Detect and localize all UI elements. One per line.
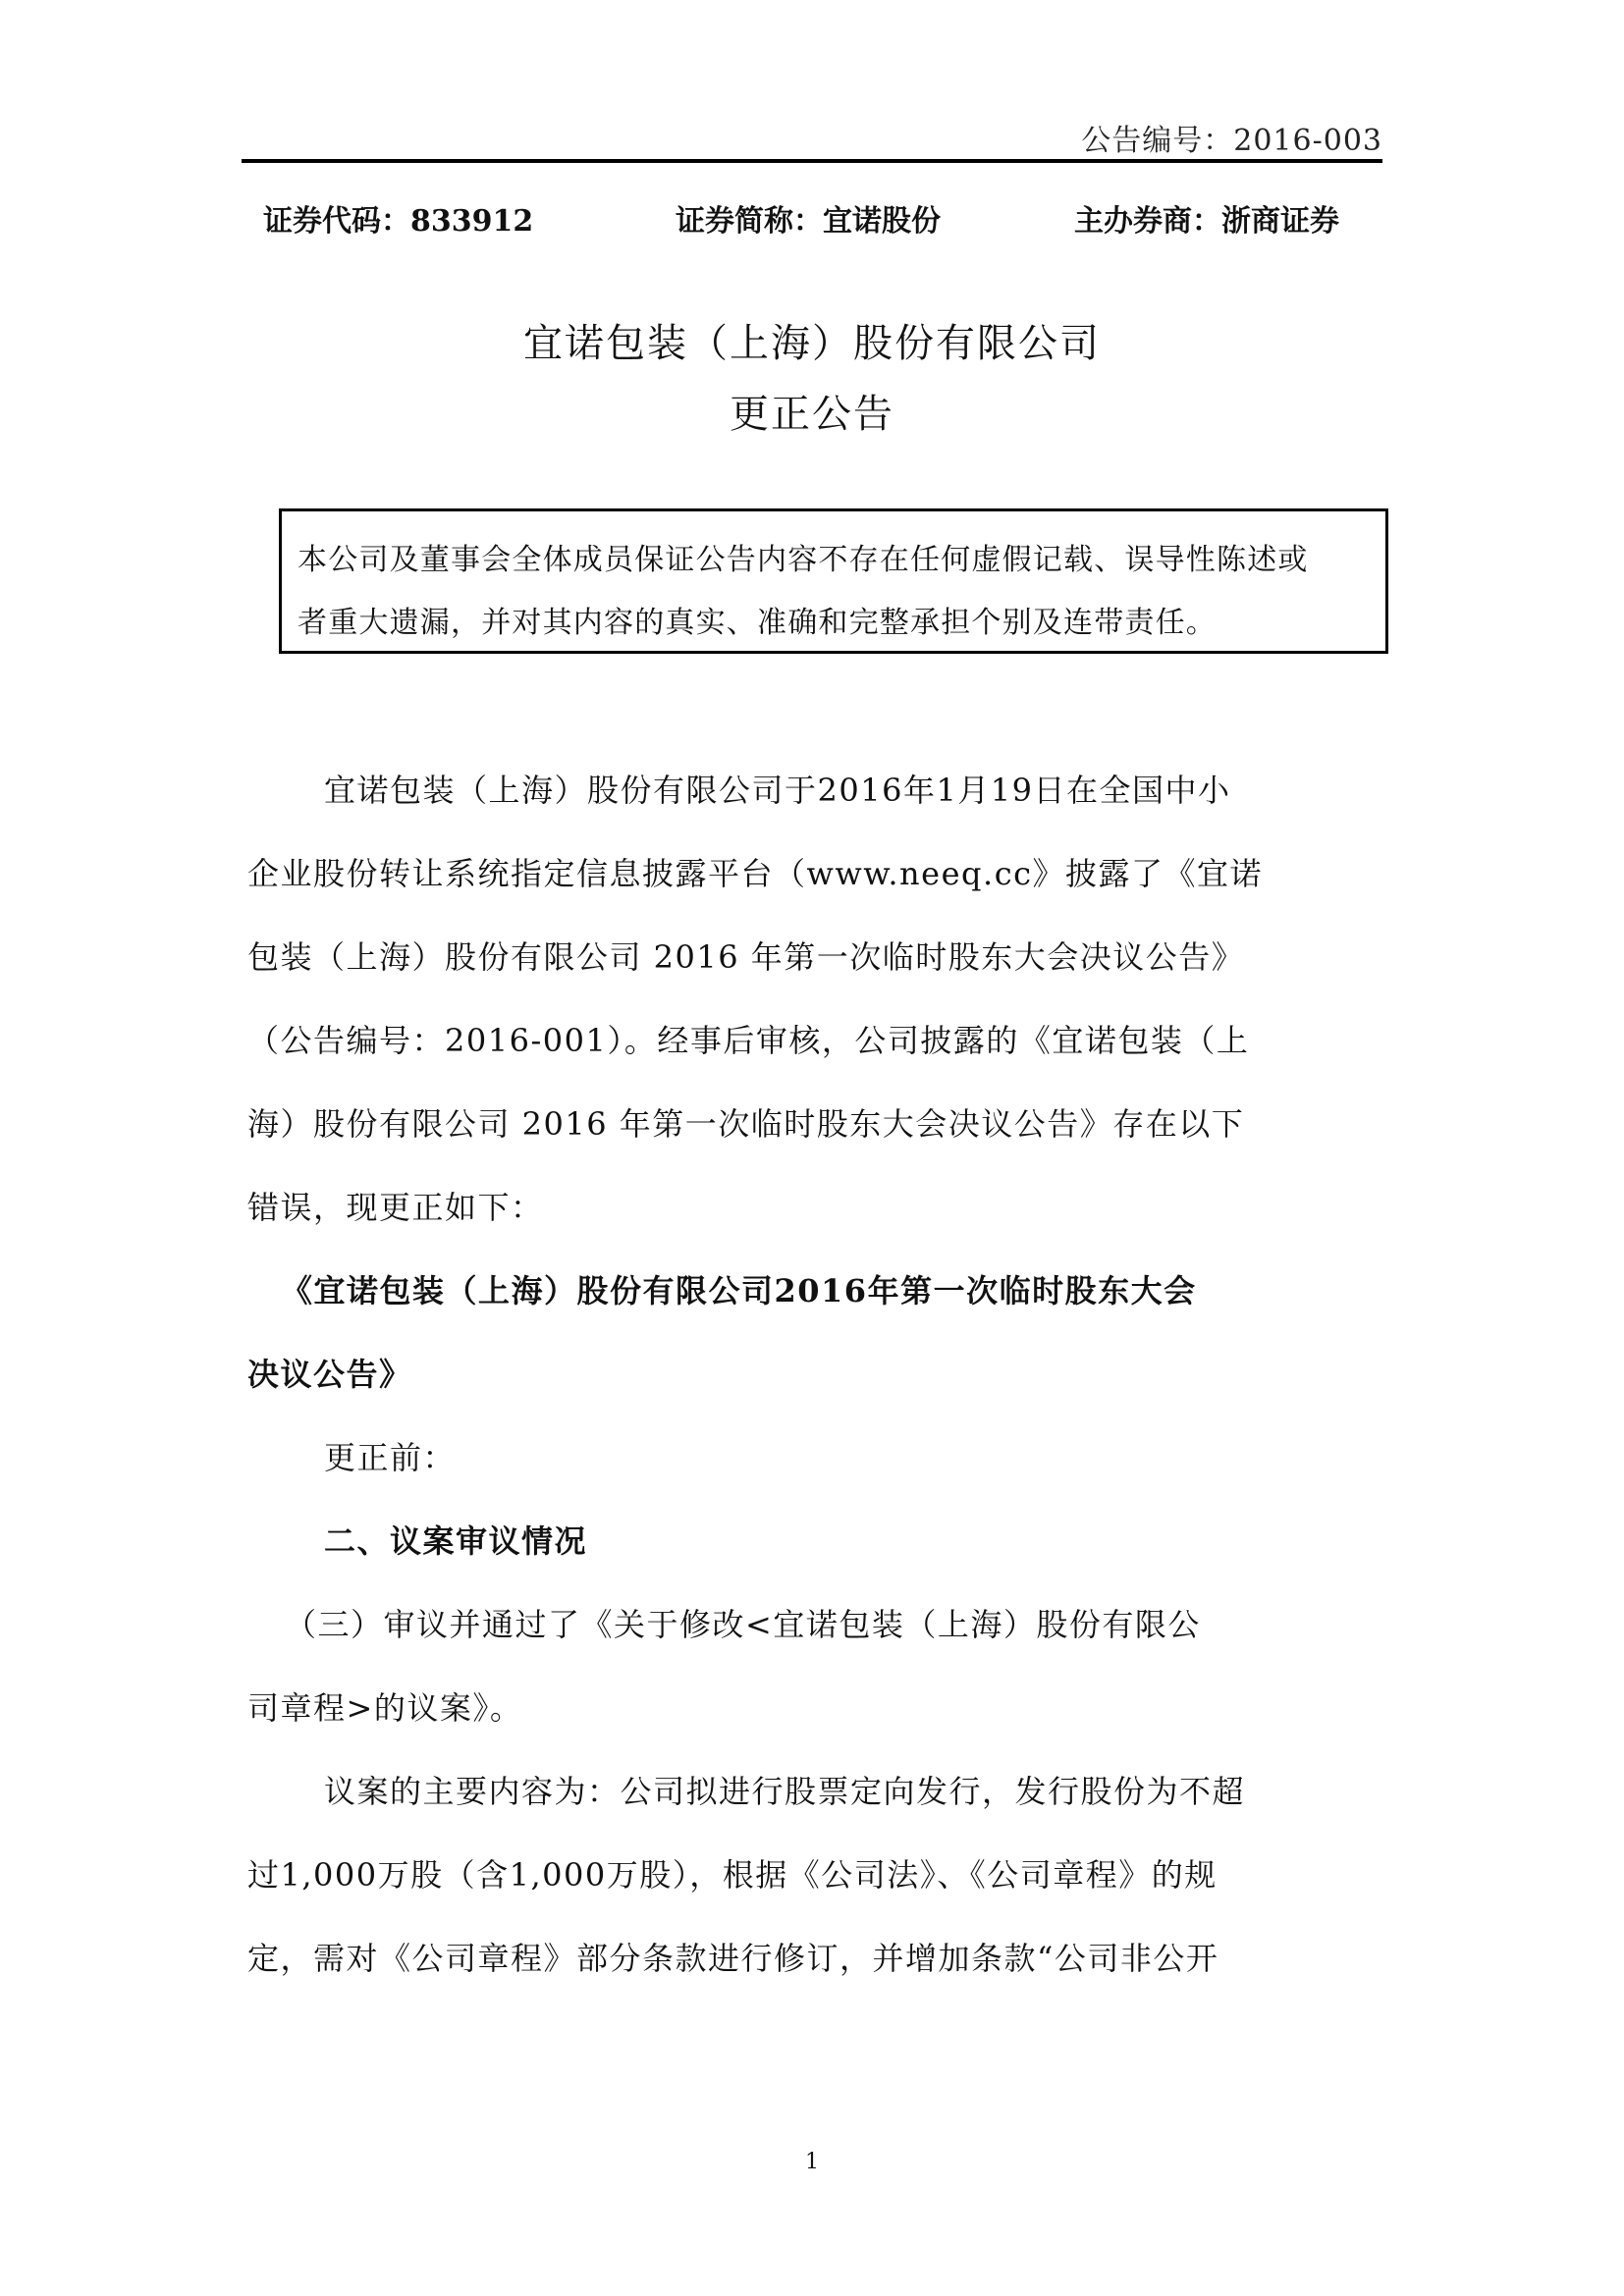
before-correction-label: 更正前：	[324, 1433, 456, 1478]
header-divider	[242, 159, 1382, 163]
corrected-document-title: 《宜诺包装（上海）股份有限公司2016年第一次临时股东大会	[281, 1266, 1197, 1311]
content-line: 定，需对《公司章程》部分条款进行修订，并增加条款“公司非公开	[247, 1934, 1218, 1979]
intro-line: 错误，现更正如下：	[247, 1183, 544, 1228]
security-short-name: 证券简称：宜诺股份	[676, 196, 941, 240]
securities-info-row: 证券代码：833912 证券简称：宜诺股份 主办券商：浙商证券	[263, 196, 1382, 240]
document-title: 更正公告	[0, 383, 1624, 439]
content-line: 过1,000万股（含1,000万股），根据《公司法》、《公司章程》的规	[247, 1850, 1218, 1896]
intro-line: （公告编号：2016-001）。经事后审核，公司披露的《宜诺包装（上	[247, 1016, 1249, 1061]
announcement-number: 公告编号：2016-003	[982, 116, 1382, 159]
intro-line: 包装（上海）股份有限公司 2016 年第一次临时股东大会决议公告》	[247, 933, 1244, 978]
company-title: 宜诺包装（上海）股份有限公司	[0, 312, 1624, 368]
security-code: 证券代码：833912	[263, 196, 533, 240]
section-heading: 二、议案审议情况	[324, 1517, 587, 1562]
disclaimer-box: 本公司及董事会全体成员保证公告内容不存在任何虚假记载、误导性陈述或 者重大遗漏，…	[279, 508, 1388, 654]
disclaimer-line: 者重大遗漏，并对其内容的真实、准确和完整承担个别及连带责任。	[298, 598, 1217, 641]
intro-line: 海）股份有限公司 2016 年第一次临时股东大会决议公告》存在以下	[247, 1099, 1244, 1145]
intro-line: 宜诺包装（上海）股份有限公司于2016年1月19日在全国中小	[324, 766, 1231, 811]
item-line: 司章程>的议案》。	[247, 1683, 522, 1729]
corrected-document-title: 决议公告》	[247, 1350, 412, 1395]
item-line: （三）审议并通过了《关于修改<宜诺包装（上海）股份有限公	[285, 1600, 1201, 1645]
sponsor-broker: 主办券商：浙商证券	[1074, 196, 1339, 240]
disclaimer-line: 本公司及董事会全体成员保证公告内容不存在任何虚假记载、误导性陈述或	[298, 535, 1309, 578]
intro-line: 企业股份转让系统指定信息披露平台（www.neeq.cc》披露了《宜诺	[247, 849, 1263, 894]
content-line: 议案的主要内容为：公司拟进行股票定向发行，发行股份为不超	[324, 1767, 1245, 1812]
page-number: 1	[0, 2150, 1624, 2174]
